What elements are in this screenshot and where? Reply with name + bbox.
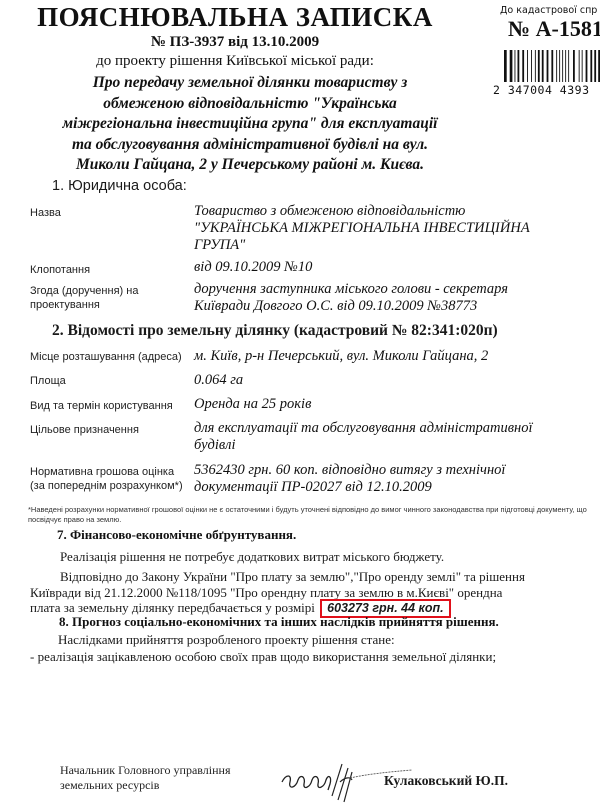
signatory-name: Кулаковський Ю.П. [384,773,508,789]
field-label-consent: Згода (доручення) на проектування [30,284,138,312]
section-8-paragraph: Наслідками прийняття розробленого проект… [58,632,395,648]
field-value-valuation: 5362430 грн. 60 коп. відповідно витягу з… [194,462,594,496]
field-value-petition: від 09.10.2009 №10 [194,259,594,276]
section-7-heading: 7. Фінансово-економічне обґрунтування. [57,527,296,543]
rent-line-text: плата за земельну ділянку передбачається… [30,600,315,615]
field-label-purpose: Цільове призначення [30,423,139,437]
value-line: Київради Довгого О.С. від 09.10.2009 №38… [194,298,594,315]
cadastral-stamp-label: До кадастрової спр [500,5,597,16]
value-line: 5362430 грн. 60 коп. відповідно витягу з… [194,462,594,479]
section-7-law-line: Відповідно до Закону України "Про плату … [60,569,525,585]
field-value-usage: Оренда на 25 років [194,396,594,413]
value-line: "УКРАЇНСЬКА МІЖРЕГІОНАЛЬНА ІНВЕСТИЦІЙНА [194,220,594,237]
subject-line: Про передачу земельної ділянки товариств… [40,73,460,94]
field-value-consent: доручення заступника міського голови - с… [194,281,594,315]
cadastral-stamp-number: № А-1581 [508,16,600,42]
subject-line: обмеженою відповідальністю "Українська [40,94,460,115]
value-line: ГРУПА" [194,237,594,254]
section-1-heading: 1. Юридична особа: [52,178,187,194]
field-label-area: Площа [30,374,66,388]
position-line: Начальник Головного управління [60,763,230,778]
label-line: Нормативна грошова оцінка [30,465,183,479]
label-line: проектування [30,298,138,312]
field-value-address: м. Київ, р-н Печерський, вул. Миколи Гай… [194,348,594,365]
document-title: ПОЯСНЮВАЛЬНА ЗАПИСКА [0,2,470,33]
section-2-heading: 2. Відомості про земельну ділянку (кадас… [52,322,498,340]
value-line: документації ПР-02027 від 12.10.2009 [194,479,594,496]
subject-line: Миколи Гайцана, 2 у Печерському районі м… [40,155,460,176]
section-8-heading: 8. Прогноз соціально-економічних та інши… [59,614,499,630]
field-label-petition: Клопотання [30,263,90,277]
label-line: (за попереднім розрахунком*) [30,479,183,493]
position-line: земельних ресурсів [60,778,230,793]
document-subject: Про передачу земельної ділянки товариств… [40,73,460,176]
field-value-name: Товариство з обмеженою відповідальністю … [194,203,594,254]
field-label-name: Назва [30,206,61,220]
section-8-bullet: - реалізація зацікавленою особою своїх п… [30,649,496,665]
value-line: для експлуатації та обслуговування адмін… [194,420,594,437]
value-line: Товариство з обмеженою відповідальністю [194,203,594,220]
valuation-footnote: *Наведені розрахунки нормативної грошово… [28,505,588,525]
value-line: будівлі [194,437,594,454]
document-subtitle: до проекту рішення Київської міської рад… [0,53,470,70]
barcode-digits: 2 347004 4393 [493,83,590,97]
field-label-valuation: Нормативна грошова оцінка (за попереднім… [30,465,183,493]
signatory-position: Начальник Головного управління земельних… [60,763,230,793]
value-line: доручення заступника міського голови - с… [194,281,594,298]
field-label-usage: Вид та термін користування [30,399,173,413]
field-label-address: Місце розташування (адреса) [30,350,182,364]
barcode-icon [504,50,600,82]
subject-line: міжрегіональна інвестиційна група" для е… [40,114,460,135]
field-value-area: 0.064 га [194,372,594,389]
document-number: № ПЗ-3937 від 13.10.2009 [0,34,470,51]
subject-line: та обслуговування адміністративної будів… [40,135,460,156]
section-7-paragraph: Реалізація рішення не потребує додаткови… [60,549,444,565]
label-line: Згода (доручення) на [30,284,138,298]
field-value-purpose: для експлуатації та обслуговування адмін… [194,420,594,454]
